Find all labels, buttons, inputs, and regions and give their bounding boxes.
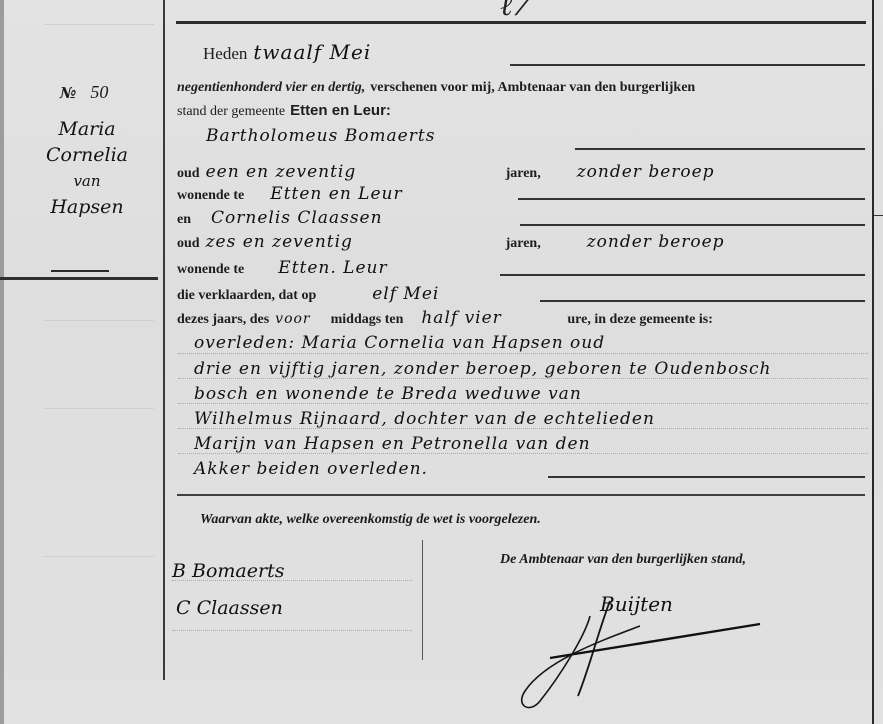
margin-divider — [0, 277, 158, 280]
ruled-line — [178, 402, 868, 404]
margin-name-line: Maria — [32, 116, 142, 142]
declarant2-name: Cornelis Claassen — [205, 208, 389, 228]
declarant1-occupation: zonder beroep — [571, 162, 721, 182]
margin-name-line: Hapsen — [32, 194, 142, 220]
declarant1-name-line: Bartholomeus Bomaerts — [200, 126, 441, 148]
declarant2-age-line: oud zes en zeventig jaren, zonder beroep — [177, 232, 865, 254]
top-rule — [176, 21, 866, 24]
verklaarden-label: die verklaarden, dat op — [177, 288, 316, 304]
margin-name-line: van — [32, 168, 142, 194]
wonende-label: wonende te — [177, 262, 244, 278]
official-title: De Ambtenaar van den burgerlijken stand, — [500, 552, 746, 568]
narrative-text: Marijn van Hapsen en Petronella van den — [188, 434, 597, 454]
ruled-line — [178, 352, 868, 354]
underline — [540, 300, 865, 302]
narrative-text: overleden: Maria Cornelia van Hapsen oud — [188, 333, 611, 353]
ruled-line — [178, 452, 868, 454]
narrative-text: Wilhelmus Rijnaard, dochter van de echte… — [188, 409, 661, 429]
wonende-label: wonende te — [177, 188, 244, 204]
municipality-name: Etten en Leur: — [290, 102, 391, 119]
deceased-name-margin: Maria Cornelia van Hapsen — [32, 116, 142, 220]
narrative-line: Akker beiden overleden. — [188, 459, 434, 481]
right-border-rule — [872, 0, 874, 724]
jaren-label: jaren, — [506, 166, 541, 182]
margin-name-line: Cornelia — [32, 142, 142, 168]
appearance-text: verschenen voor mij, Ambtenaar van den b… — [370, 80, 695, 96]
date-handwritten: twaalf Mei — [247, 40, 377, 64]
declarant1-age-line: oud een en zeventig jaren, zonder beroep — [177, 162, 865, 184]
declarant1-residence-line: wonende te Etten en Leur — [177, 184, 409, 206]
underline — [548, 476, 865, 478]
margin-vertical-rule — [163, 0, 165, 680]
death-date: elf Mei — [366, 284, 445, 304]
narrative-text: bosch en wonende te Breda weduwe van — [188, 384, 588, 404]
witness2-signature: C Claassen — [176, 597, 283, 619]
declarant2-age: zes en zeventig — [200, 232, 472, 252]
signature-divider — [422, 540, 423, 660]
heden-line: Heden twaalf Mei — [203, 40, 883, 62]
right-border-tick — [874, 215, 883, 216]
ghost-line — [44, 556, 154, 557]
declarant2-residence-line: wonende te Etten. Leur — [177, 258, 394, 280]
margin-column: №50 Maria Cornelia van Hapsen — [4, 0, 164, 724]
underline — [518, 198, 865, 200]
ruled-line — [178, 377, 868, 379]
witness1-signature: B Bomaerts — [172, 560, 284, 582]
verklaarden-line: die verklaarden, dat op elf Mei — [177, 284, 445, 306]
margin-underline — [51, 270, 109, 272]
time-line: dezes jaars, des voor middags ten half v… — [177, 308, 865, 330]
record-number: №50 — [60, 82, 108, 103]
en-label: en — [177, 212, 191, 228]
ure-label: ure, in deze gemeente is: — [567, 312, 713, 328]
underline — [575, 148, 865, 150]
declarant1-age: een en zeventig — [200, 162, 472, 182]
ruled-line — [178, 427, 868, 429]
signature-line — [172, 630, 412, 631]
narrative-text: Akker beiden overleden. — [188, 459, 434, 479]
underline — [510, 64, 865, 66]
hour: half vier — [415, 308, 567, 328]
closing-statement: Waarvan akte, welke overeenkomstig de we… — [200, 512, 541, 528]
narrative-text: drie en vijftig jaren, zonder beroep, ge… — [188, 359, 777, 379]
declarant2-name-line: en Cornelis Claassen — [177, 208, 389, 230]
previous-record-scrawl: ℓ ⁄ — [500, 0, 527, 23]
line-century: negentienhonderd vier en dertig, versche… — [177, 80, 695, 102]
death-record-page: №50 Maria Cornelia van Hapsen ℓ ⁄ Heden … — [0, 0, 883, 724]
dezes-label: dezes jaars, des — [177, 312, 269, 328]
official-signature: Buijten — [490, 586, 790, 716]
underline — [500, 274, 865, 276]
declarant1-residence: Etten en Leur — [264, 184, 408, 204]
ghost-line — [44, 24, 154, 25]
underline — [520, 224, 865, 226]
section-rule — [177, 494, 865, 496]
ghost-line — [44, 320, 154, 321]
number-sign: № — [60, 84, 76, 102]
oud-label: oud — [177, 236, 200, 252]
century-text: negentienhonderd vier en dertig, — [177, 80, 365, 96]
declarant2-residence: Etten. Leur — [272, 258, 393, 278]
ghost-line — [44, 408, 154, 409]
jaren-label: jaren, — [506, 236, 541, 252]
number-value: 50 — [90, 82, 108, 102]
official-signature-text: Buijten — [600, 592, 673, 616]
declarant1-name: Bartholomeus Bomaerts — [200, 126, 441, 146]
declarant2-occupation: zonder beroep — [581, 232, 731, 252]
oud-label: oud — [177, 166, 200, 182]
heden-label: Heden — [203, 44, 247, 64]
middags-label: middags ten — [331, 312, 404, 328]
line-municipality: stand der gemeente Etten en Leur: — [177, 102, 391, 124]
municipality-label: stand der gemeente — [177, 104, 285, 120]
time-of-day: voor — [269, 311, 316, 327]
